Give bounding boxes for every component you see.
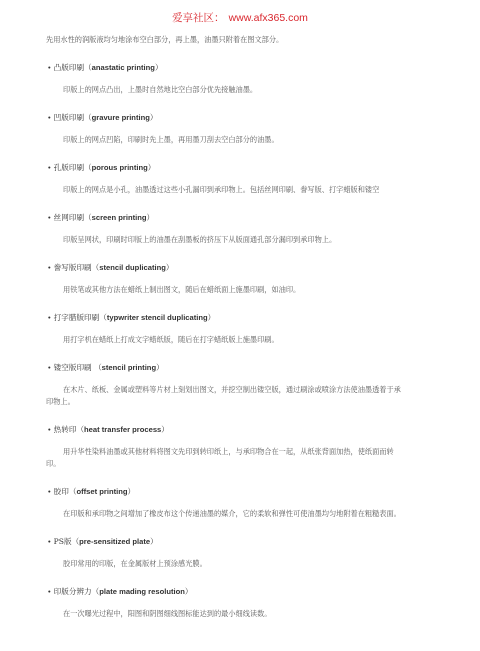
bullet-icon: • [48, 213, 51, 222]
term-heading: •凹版印刷（gravure printing） [48, 112, 402, 124]
term-en: offset printing [76, 487, 127, 496]
term-en: porous printing [92, 163, 148, 172]
term-description: 胶印常用的印版，在金属版材上预涂感光膜。 [46, 558, 402, 570]
term-heading: •胶印（offset printing） [48, 486, 402, 498]
term-zh: 打字腊版印刷 [54, 313, 100, 322]
term-en: anastatic printing [92, 63, 155, 72]
bullet-icon: • [48, 63, 51, 72]
bullet-icon: • [48, 163, 51, 172]
term-description: 印版上的网点凹陷，印刷时先上墨，再用墨刀刮去空白部分的油墨。 [46, 134, 402, 146]
bullet-icon: • [48, 263, 51, 272]
bullet-icon: • [48, 363, 51, 372]
bullet-icon: • [48, 425, 51, 434]
term-zh: PS版 [54, 537, 72, 546]
document-body: 先用水性的润版液均匀地涂布空白部分，再上墨，油墨只附着在图文部分。 •凸版印刷（… [46, 34, 402, 636]
term-description: 在一次曝光过程中，阳图和阴图细线图标能达到的最小细线读数。 [46, 608, 402, 620]
term-en: gravure printing [92, 113, 150, 122]
term-heading: •PS版（pre-sensitized plate） [48, 536, 402, 548]
term-zh: 凹版印刷 [54, 113, 84, 122]
site-brand: 爱享社区： [172, 12, 225, 24]
term-zh: 热转印 [54, 425, 77, 434]
term-heading: •孔版印刷（porous printing） [48, 162, 402, 174]
term-heading: •热转印（heat transfer process） [48, 424, 402, 436]
term-en: stencil printing [102, 363, 156, 372]
term-zh: 誊写版印刷 [54, 263, 92, 272]
bullet-icon: • [48, 537, 51, 546]
term-zh: 镂空版印刷 [54, 363, 94, 372]
term-zh: 凸版印刷 [54, 63, 84, 72]
term-zh: 胶印 [54, 487, 69, 496]
term-en: plate mading resolution [99, 587, 185, 596]
term-description: 用升华性染料油墨或其他材料将图文先印到转印纸上，与承印物合在一起，从纸张背面加热… [46, 446, 402, 470]
term-description: 用打字机在蜡纸上打成文字蜡纸版，随后在打字蜡纸版上施墨印刷。 [46, 334, 402, 346]
term-zh: 孔版印刷 [54, 163, 84, 172]
bullet-icon: • [48, 113, 51, 122]
site-url-link[interactable]: www.afx365.com [229, 12, 308, 24]
term-heading: •镂空版印刷 （stencil printing） [48, 362, 402, 374]
term-description: 用铁笔或其他方法在蜡纸上制出图文，随后在蜡纸面上施墨印刷，如油印。 [46, 284, 402, 296]
term-heading: •丝网印刷（screen printing） [48, 212, 402, 224]
term-en: screen printing [92, 213, 147, 222]
bullet-icon: • [48, 313, 51, 322]
term-heading: •印版分辨力（plate mading resolution） [48, 586, 402, 598]
term-description: 印版呈网状，印刷时印版上的油墨在刮墨板的挤压下从版面通孔部分漏印到承印物上。 [46, 234, 402, 246]
term-en: typwriter stencil duplicating [107, 313, 208, 322]
intro-paragraph: 先用水性的润版液均匀地涂布空白部分，再上墨，油墨只附着在图文部分。 [46, 34, 402, 46]
bullet-icon: • [48, 587, 51, 596]
term-en: stencil duplicating [99, 263, 166, 272]
term-heading: •凸版印刷（anastatic printing） [48, 62, 402, 74]
term-en: pre-sensitized plate [79, 537, 150, 546]
term-heading: •誊写版印刷（stencil duplicating） [48, 262, 402, 274]
term-en: heat transfer process [84, 425, 161, 434]
term-zh: 印版分辨力 [54, 587, 92, 596]
term-heading: •打字腊版印刷（typwriter stencil duplicating） [48, 312, 402, 324]
term-description: 印版上的网点是小孔，油墨透过这些小孔漏印到承印物上。包括丝网印刷、誊写版、打字蜡… [46, 184, 402, 196]
term-zh: 丝网印刷 [54, 213, 84, 222]
page-header: 爱享社区：www.afx365.com [0, 10, 480, 25]
term-description: 在印版和承印物之间增加了橡皮布这个传递油墨的媒介，它的柔软和弹性可使油墨均匀地附… [46, 508, 402, 520]
bullet-icon: • [48, 487, 51, 496]
term-description: 印版上的网点凸出，上墨时自然地比空白部分优先接触油墨。 [46, 84, 402, 96]
term-description: 在木片、纸板、金属或塑料等片材上刻划出图文，并挖空制出镂空版，通过刷涂或喷涂方法… [46, 384, 402, 408]
